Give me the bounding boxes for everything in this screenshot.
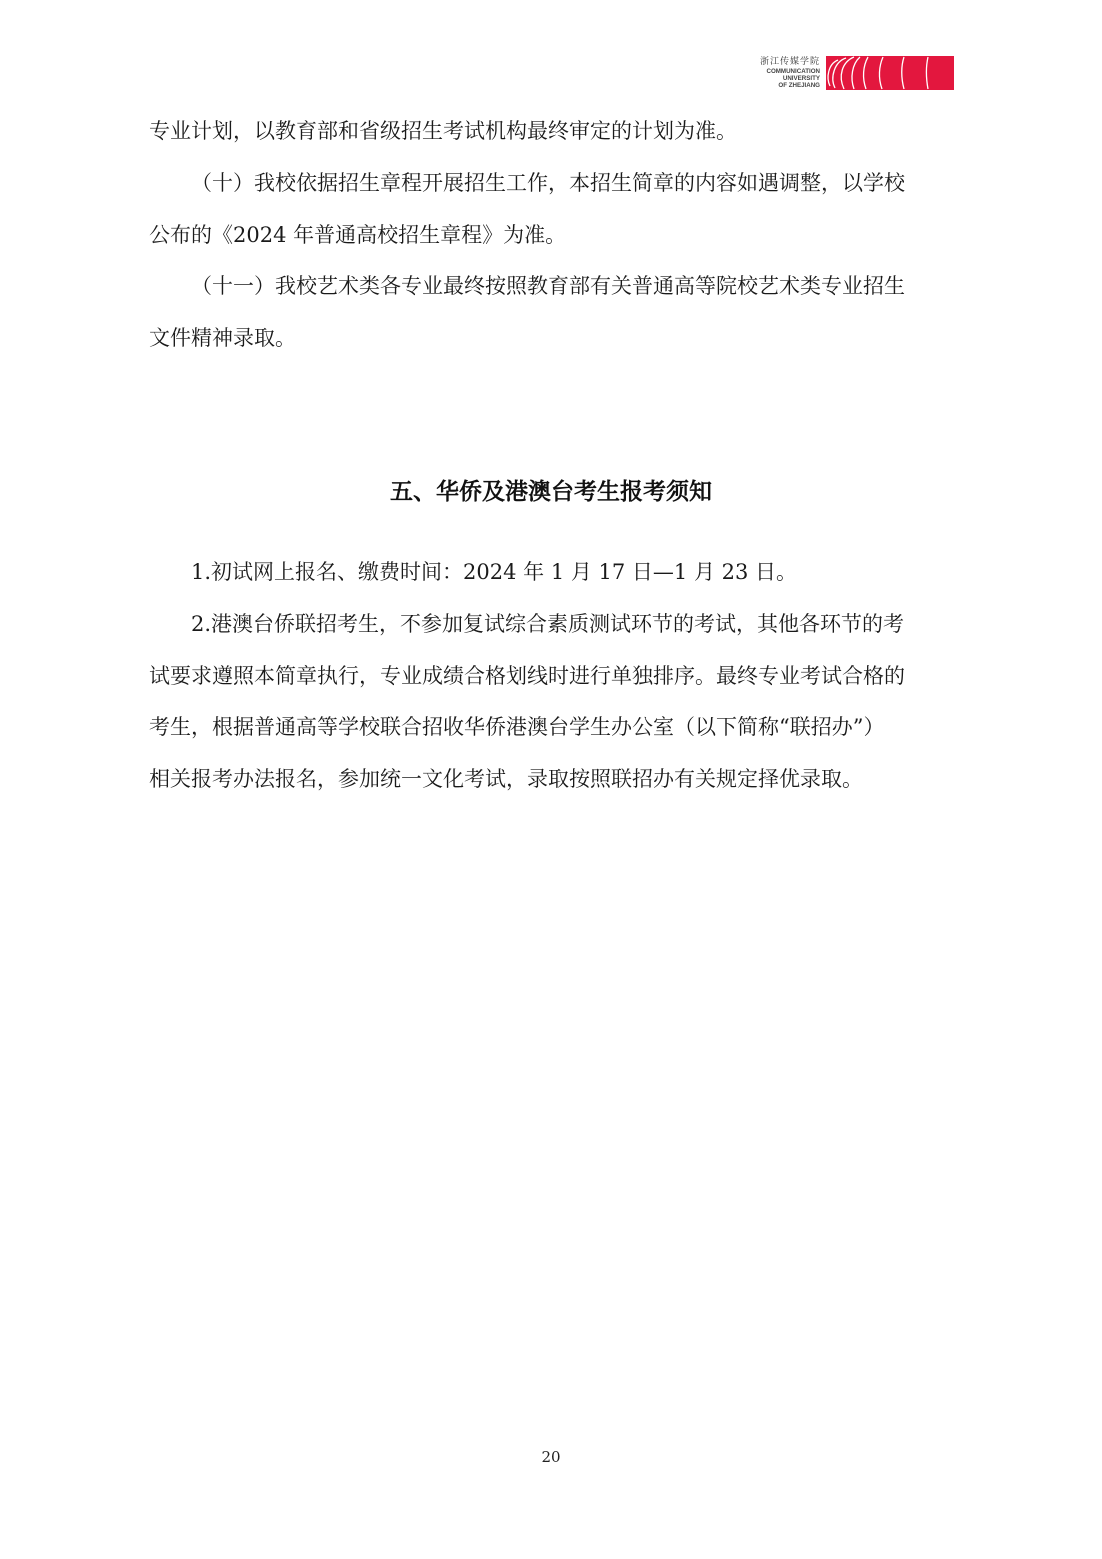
university-logo: 浙江传媒学院 COMMUNICATION UNIVERSITY OF ZHEJI… — [752, 55, 954, 91]
paragraph: 相关报考办法报名，参加统一文化考试，录取按照联招办有关规定择优录取。 — [149, 766, 955, 792]
paragraph: 2.港澳台侨联招考生，不参加复试综合素质测试环节的考试，其他各环节的考 — [149, 611, 955, 637]
logo-name-en-1: COMMUNICATION — [752, 68, 820, 75]
page-number: 20 — [0, 1448, 1102, 1466]
paragraph: 试要求遵照本简章执行，专业成绩合格划线时进行单独排序。最终专业考试合格的 — [149, 663, 955, 689]
logo-name-en-2: UNIVERSITY — [752, 75, 820, 82]
logo-name-en-3: OF ZHEJIANG — [752, 82, 820, 89]
logo-wave-bar-icon — [826, 56, 954, 90]
logo-text: 浙江传媒学院 COMMUNICATION UNIVERSITY OF ZHEJI… — [752, 57, 820, 89]
paragraph: （十一）我校艺术类各专业最终按照教育部有关普通高等院校艺术类专业招生 — [149, 273, 955, 299]
paragraph: 1.初试网上报名、缴费时间：2024 年 1 月 17 日—1 月 23 日。 — [149, 559, 955, 585]
paragraph: 文件精神录取。 — [149, 325, 955, 351]
logo-name-cn: 浙江传媒学院 — [752, 57, 820, 68]
paragraph: 公布的《2024 年普通高校招生章程》为准。 — [149, 222, 955, 248]
paragraph: 考生，根据普通高等学校联合招收华侨港澳台学生办公室（以下简称“联招办”） — [149, 714, 955, 740]
paragraph: （十）我校依据招生章程开展招生工作，本招生简章的内容如遇调整，以学校 — [149, 170, 955, 196]
paragraph: 专业计划，以教育部和省级招生考试机构最终审定的计划为准。 — [149, 118, 955, 144]
section-title: 五、华侨及港澳台考生报考须知 — [0, 478, 1102, 506]
